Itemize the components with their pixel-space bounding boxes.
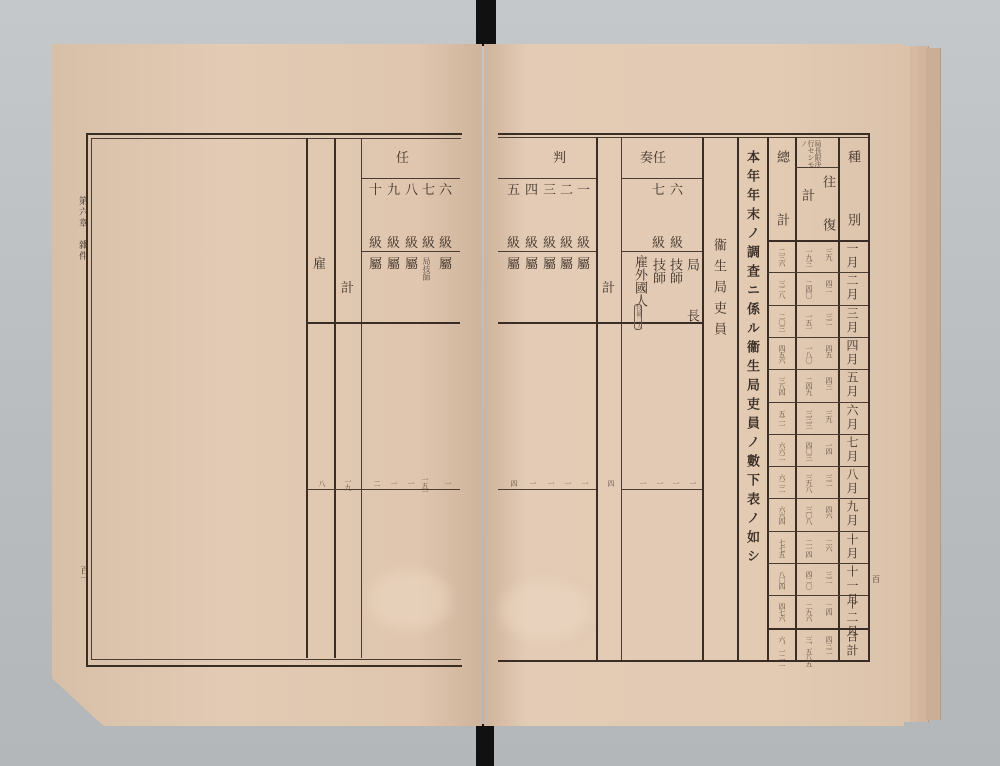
month-label: 九月 (846, 500, 858, 528)
rank-engineer: 技師 (668, 258, 681, 322)
month-kei-value: 三九八 (804, 474, 814, 492)
month-kei-value: 二四〇 (804, 280, 814, 298)
month-total-value: 三八四 (777, 377, 787, 395)
month-total-value: 八〇四 (777, 571, 787, 589)
month-label: 三月 (846, 307, 858, 335)
month-kei-value: 四〇三 (804, 442, 814, 460)
month-label: 五月 (846, 371, 858, 399)
hannin-header: 判 (553, 152, 566, 165)
month-kei-value: 二九六 (804, 603, 814, 621)
month-total-value: 六二二 (777, 474, 787, 492)
month-total-value: 六六四 (777, 506, 787, 524)
month-label: 十月 (846, 533, 858, 561)
page-edge (926, 48, 941, 720)
month-label: 一月 (846, 242, 858, 270)
header-sub: 局長限決行セシモノ (800, 140, 821, 168)
grade-suffix: 級 (405, 237, 418, 250)
month-oufuku-value: 三九 (824, 248, 834, 260)
foreign-hire-note: 技師二人 (634, 304, 642, 330)
month-label: 八月 (846, 468, 858, 496)
hired-value: 八 (317, 480, 327, 486)
spine-binding-top (476, 0, 496, 46)
staff-heading: 衞生局吏員 (712, 238, 725, 343)
grade-number: 九 (387, 184, 400, 197)
month-kei-value: 四二〇 (804, 571, 814, 589)
month-oufuku-value: 四二 (824, 280, 834, 292)
month-total-value: 四七六 (777, 603, 787, 621)
month-kei-value: 三〇八 (804, 506, 814, 524)
grade-suffix: 級 (422, 237, 435, 250)
rank-label: 屬 (405, 258, 418, 271)
subtotal-label: 計 (602, 282, 615, 295)
rank-engineer-2: 技師 (651, 258, 664, 322)
rank-label: 屬 (369, 258, 382, 271)
grade-suffix: 級 (369, 237, 382, 250)
grade-suffix: 級 (439, 237, 452, 250)
month-oufuku-value: 三二 (824, 474, 834, 486)
month-kei-value: 一五一 (804, 313, 814, 331)
month-oufuku-value: 二六 (824, 539, 834, 551)
grade-number: 六 (439, 184, 452, 197)
month-total-value: 三二八 (777, 280, 787, 298)
month-total-value: 六六二 (777, 442, 787, 460)
month-oufuku-value: 三九 (824, 410, 834, 422)
subtotal-label: 計 (341, 282, 354, 295)
month-total-value: 二〇三 (777, 313, 787, 331)
month-total-value: 二三六 (777, 248, 787, 266)
month-oufuku-value: 二四 (824, 603, 834, 615)
grade-number: 八 (405, 184, 418, 197)
month-kei-value: 二一四 (804, 539, 814, 557)
foreign-hire-label: 雇外國人 (633, 255, 646, 307)
header-kei: 計 (802, 190, 815, 203)
month-total-value: 六、一二二 (777, 636, 787, 666)
month-kei-value: 三三三 (804, 410, 814, 428)
month-oufuku-value: 一四 (824, 442, 834, 454)
month-oufuku-value: 四五 (824, 345, 834, 357)
rank-label: 屬 (439, 258, 452, 271)
spine-binding-bottom (476, 724, 494, 766)
month-kei-value: 一八〇 (804, 345, 814, 363)
table-caption: 本年年末ノ調査ニ係ル衞生局吏員ノ數下表ノ如シ (745, 150, 758, 568)
month-label: 合計 (846, 630, 858, 658)
chapter-margin-header: 第六章 雜件 (77, 196, 86, 262)
month-kei-value: 三、五八五 (804, 636, 814, 666)
right-page-number: 百 (872, 576, 880, 584)
hired-label: 雇 (313, 258, 326, 271)
grade-suffix: 級 (387, 237, 400, 250)
month-total-value: 七七五 (777, 539, 787, 557)
month-label: 六月 (846, 404, 858, 432)
rank-label: 屬 (387, 258, 400, 271)
grade-number: 十 (369, 184, 382, 197)
left-table-frame-inner (91, 138, 461, 660)
month-oufuku-value: 三二 (824, 571, 834, 583)
left-section-header: 任 (396, 152, 409, 165)
grade-number: 七 (422, 184, 435, 197)
month-kei-value: 一九三 (804, 248, 814, 266)
month-label: 二月 (846, 274, 858, 302)
rank-label-small: 局技師 (422, 257, 430, 281)
subtotal-value: 一九 (343, 478, 353, 490)
month-oufuku-value: 四三 (824, 377, 834, 389)
month-label: 四月 (846, 339, 858, 367)
month-total-value: 四五六 (777, 345, 787, 363)
month-label: 七月 (846, 436, 858, 464)
month-oufuku-value: 三二 (824, 313, 834, 325)
month-total-value: 五二一 (777, 410, 787, 428)
month-kei-value: 二四九 (804, 377, 814, 395)
month-oufuku-value: 四三二 (824, 636, 834, 654)
rank-director: 局長 (685, 258, 698, 322)
month-oufuku-value: 四六 (824, 506, 834, 518)
